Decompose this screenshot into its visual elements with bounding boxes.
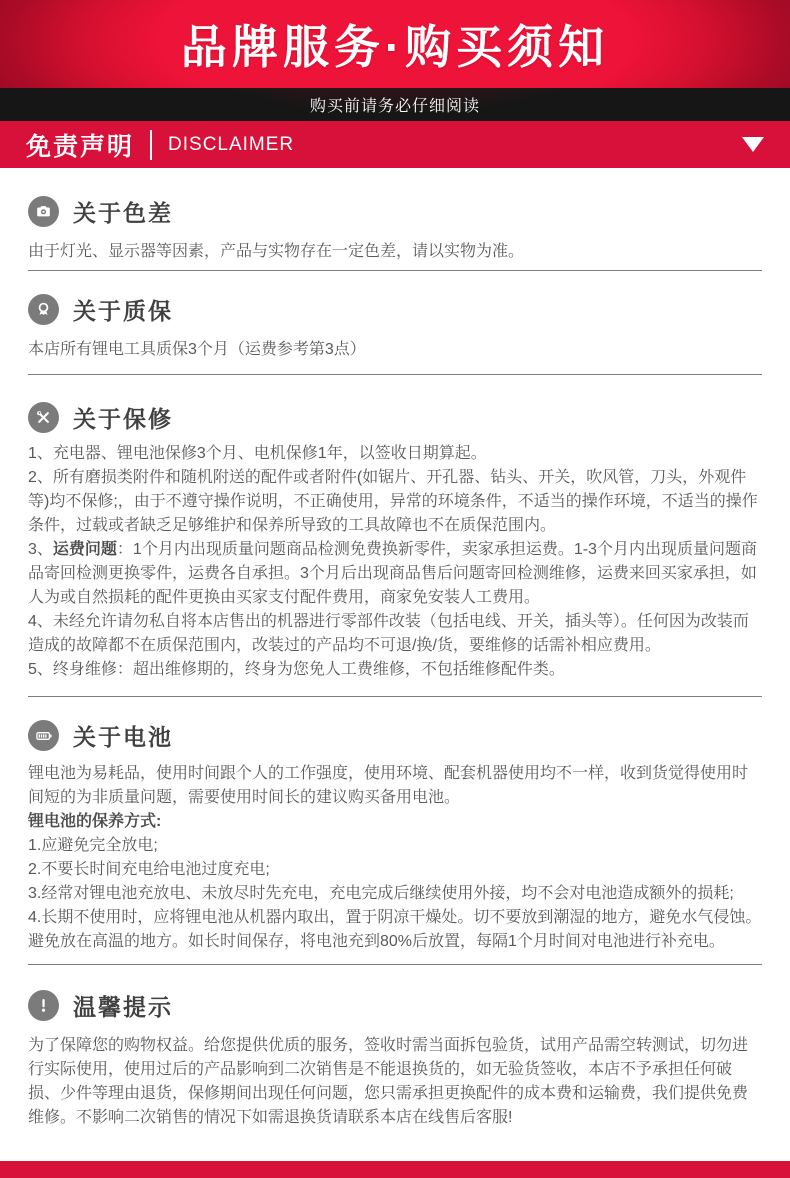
exclamation-icon bbox=[28, 990, 59, 1021]
disclaimer-title-en: DISCLAIMER bbox=[168, 134, 294, 156]
battery-care-item: 4.长期不使用时，应将锂电池从机器内取出，置于阴凉干燥处。切不要放到潮湿的地方，… bbox=[28, 906, 762, 954]
section-title: 温馨提示 bbox=[73, 989, 173, 1022]
section-title: 关于保修 bbox=[73, 401, 173, 434]
battery-care-list: 1.应避免完全放电; 2.不要长时间充电给电池过度充电; 3.经常对锂电池充放电… bbox=[28, 834, 762, 954]
warranty-item: 2、所有磨损类附件和随机附送的配件或者附件(如锯片、开孔器、钻头、开关，吹风管，… bbox=[28, 466, 762, 538]
section-color-difference: 关于色差 由于灯光、显示器等因素，产品与实物存在一定色差，请以实物为准。 bbox=[28, 168, 762, 271]
section-header: 关于电池 bbox=[28, 719, 762, 752]
section-warranty: 关于保修 1、充电器、锂电池保修3个月、电机保修1年，以签收日期算起。 2、所有… bbox=[28, 375, 762, 697]
banner: 品牌服务·购买须知 bbox=[0, 0, 790, 88]
disclaimer-title-cn: 免责声明 bbox=[26, 127, 134, 163]
section-tips: 温馨提示 为了保障您的购物权益。给您提供优质的服务，签收时需当面拆包验货，试用产… bbox=[28, 965, 762, 1130]
page: 品牌服务·购买须知 购买前请务必仔细阅读 免责声明 DISCLAIMER 关于色… bbox=[0, 0, 790, 1178]
section-paragraph: 本店所有锂电工具质保3个月（运费参考第3点） bbox=[28, 338, 762, 362]
warranty-list: 1、充电器、锂电池保修3个月、电机保修1年，以签收日期算起。 2、所有磨损类附件… bbox=[28, 442, 762, 682]
tools-icon bbox=[28, 402, 59, 433]
chevron-down-icon bbox=[742, 137, 764, 152]
content: 关于色差 由于灯光、显示器等因素，产品与实物存在一定色差，请以实物为准。 关于质… bbox=[0, 168, 790, 1130]
battery-care-subtitle: 锂电池的保养方式: bbox=[28, 810, 762, 834]
section-paragraph: 锂电池为易耗品，使用时间跟个人的工作强度，使用环境、配套机器使用均不一样，收到货… bbox=[28, 762, 762, 810]
warranty-item: 5、终身维修：超出维修期的，终身为您免人工费维修，不包括维修配件类。 bbox=[28, 658, 762, 682]
vertical-divider bbox=[150, 130, 152, 160]
warranty-item: 1、充电器、锂电池保修3个月、电机保修1年，以签收日期算起。 bbox=[28, 442, 762, 466]
battery-care-item: 3.经常对锂电池充放电、未放尽时先充电，充电完成后继续使用外接，均不会对电池造成… bbox=[28, 882, 762, 906]
bottom-red-strip bbox=[0, 1161, 790, 1178]
section-header: 关于保修 bbox=[28, 401, 762, 434]
section-title: 关于电池 bbox=[73, 719, 173, 752]
battery-icon bbox=[28, 720, 59, 751]
warranty-item: 4、未经允许请勿私自将本店售出的机器进行零部件改装（包括电线、开关，插头等）。任… bbox=[28, 610, 762, 658]
banner-title: 品牌服务·购买须知 bbox=[181, 11, 609, 77]
section-header: 温馨提示 bbox=[28, 989, 762, 1022]
section-paragraph: 为了保障您的购物权益。给您提供优质的服务，签收时需当面拆包验货，试用产品需空转测… bbox=[28, 1034, 762, 1130]
medal-icon bbox=[28, 294, 59, 325]
section-header: 关于色差 bbox=[28, 195, 762, 228]
section-title: 关于色差 bbox=[73, 195, 173, 228]
section-header: 关于质保 bbox=[28, 293, 762, 326]
section-battery: 关于电池 锂电池为易耗品，使用时间跟个人的工作强度，使用环境、配套机器使用均不一… bbox=[28, 697, 762, 965]
section-paragraph: 由于灯光、显示器等因素，产品与实物存在一定色差，请以实物为准。 bbox=[28, 240, 762, 264]
banner-subtitle-strip: 购买前请务必仔细阅读 bbox=[0, 88, 790, 121]
banner-subtitle: 购买前请务必仔细阅读 bbox=[310, 93, 480, 116]
battery-care-item: 1.应避免完全放电; bbox=[28, 834, 762, 858]
battery-care-item: 2.不要长时间充电给电池过度充电; bbox=[28, 858, 762, 882]
section-title: 关于质保 bbox=[73, 293, 173, 326]
camera-icon bbox=[28, 196, 59, 227]
disclaimer-bar: 免责声明 DISCLAIMER bbox=[0, 121, 790, 168]
section-quality-assurance: 关于质保 本店所有锂电工具质保3个月（运费参考第3点） bbox=[28, 271, 762, 375]
warranty-item: 3、运费问题：1个月内出现质量问题商品检测免费换新零件，卖家承担运费。1-3个月… bbox=[28, 538, 762, 610]
